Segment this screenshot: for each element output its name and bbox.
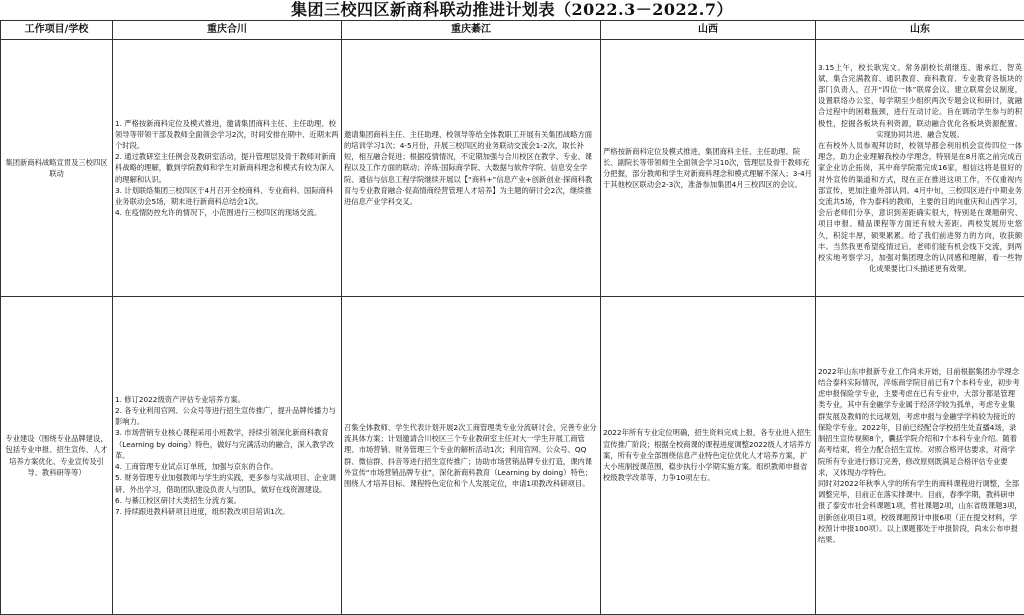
list-item: 2. 各专业利用官网、公众号等进行招生宣传推广，提升品牌传播力与影响力。 [115, 405, 339, 427]
list-item: 4. 工商管理专业试点订单班，加强与京东的合作。 [115, 461, 339, 472]
list-item: 5. 财务管理专业加强教师与学生的实践，更多参与实战项目、企业调研、外出学习，借… [115, 472, 339, 494]
plan-table: 工作项目/学校 重庆合川 重庆綦江 山西 山东 集团新商科战略宣贯及三校四区联动… [0, 20, 1024, 615]
shanxi-cell: 2022年所有专业定位明确，招生资料完成上报，各专业进入招生宣传推广阶段；根据全… [601, 297, 816, 615]
shandong-cell: 2022年山东申报新专业工作尚未开始，目前根据集团办学理念结合泰科实际情况，淬炼… [816, 297, 1024, 615]
hechuan-cell: 1. 严格按新商科定位及模式推进，邀请集团商科主任、主任助理、校领导等带领干部及… [113, 40, 342, 297]
header-project: 工作项目/学校 [1, 21, 113, 40]
shanxi-cell: 严格按新商科定位及模式推进，集团商科主任、主任助理、院长、副院长等带领师生全面领… [601, 40, 816, 297]
hechuan-cell: 1. 修订2022级资产评估专业培养方案。 2. 各专业利用官网、公众号等进行招… [113, 297, 342, 615]
list-item: 4. 在疫情防控允许的情况下，小范围进行三校四区的现场交流。 [115, 207, 339, 218]
list-item: 3. 市场营销专业核心课程采用小班教学，持续引领深化新商科教育（Learning… [115, 427, 339, 461]
list-item: 6. 与綦江校区研讨大类招生分流方案。 [115, 495, 339, 506]
list-item: 2. 通过教研室主任例会及教研室活动，提升管理层及骨干教师对新商科战略的理解，歡… [115, 151, 339, 185]
header-row: 工作项目/学校 重庆合川 重庆綦江 山西 山东 [1, 21, 1024, 40]
project-cell: 集团新商科战略宣贯及三校四区联动 [1, 40, 113, 297]
header-qijiang: 重庆綦江 [342, 21, 601, 40]
header-hechuan: 重庆合川 [113, 21, 342, 40]
header-shanxi: 山西 [601, 21, 816, 40]
qijiang-cell: 召集全体教师、学生代表计划开展2次工商管理类专业分流研讨会，完善专业分流具体方案… [342, 297, 601, 615]
document-title: 集团三校四区新商科联动推进计划表（2022.3－2022.7） [0, 0, 1024, 19]
paragraph: 2022年山东申报新专业工作尚未开始，目前根据集团办学理念结合泰科实际情况，淬炼… [818, 366, 1022, 478]
paragraph: 在有校外人员参观拜访时，校领导都会利用机会宣传四位一体理念，助力企业理解我校办学… [818, 140, 1022, 274]
header-shandong: 山东 [816, 21, 1024, 40]
list-item: 7. 持续跟进教科研项目进度，组织教改项目培训1次。 [115, 506, 339, 517]
shandong-cell: 3.15上午，校长耿宪文、常务副校长胡继连、谢承红、智英斌，集合完满教育、通识教… [816, 40, 1024, 297]
table-row: 集团新商科战略宣贯及三校四区联动 1. 严格按新商科定位及模式推进，邀请集团商科… [1, 40, 1024, 297]
qijiang-cell: 邀请集团商科主任、主任助理、校领导等给全体教职工开展有关集团战略方面的培训学习1… [342, 40, 601, 297]
list-item: 3. 计划联络集团三校四区于4月召开全校商科、专业商科、国际商科业务联动会5场，… [115, 185, 339, 207]
paragraph: 同时对2022年秋季入学的所有学生的商科课程进行调整，全部调整完毕，目前正在落实… [818, 478, 1022, 545]
list-item: 1. 修订2022级资产评估专业培养方案。 [115, 394, 339, 405]
list-item: 1. 严格按新商科定位及模式推进，邀请集团商科主任、主任助理、校领导等带领干部及… [115, 118, 339, 152]
paragraph: 3.15上午，校长耿宪文、常务副校长胡继连、谢承红、智英斌，集合完满教育、通识教… [818, 62, 1022, 140]
project-cell: 专业建设（围绕专业品牌建设，包括专业申报、招生宣传、人才培养方案优化、专业宣传及… [1, 297, 113, 615]
table-row: 专业建设（围绕专业品牌建设，包括专业申报、招生宣传、人才培养方案优化、专业宣传及… [1, 297, 1024, 615]
